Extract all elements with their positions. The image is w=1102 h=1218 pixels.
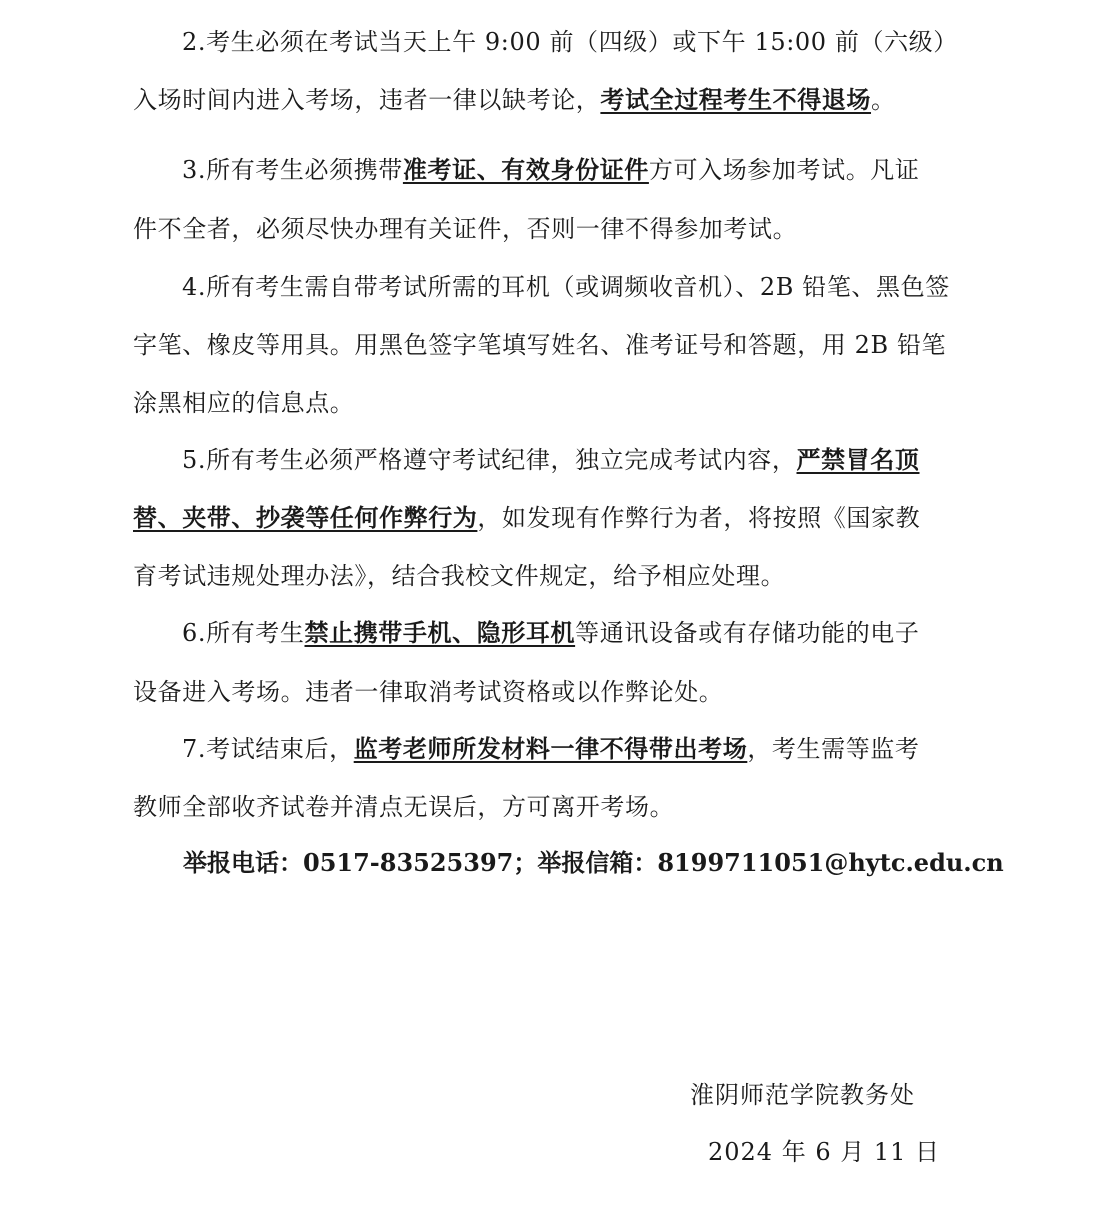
text-segment: 件不全者，必须尽快办理有关证件，否则一律不得参加考试。 [133, 215, 797, 243]
phone-number: 0517-83525397 [303, 848, 513, 877]
text-segment: 涂黑相应的信息点。 [133, 389, 354, 417]
rule-5-line-1: 5.所有考生必须严格遵守考试纪律，独立完成考试内容，严禁冒名顶 [182, 445, 920, 475]
text-segment: 育考试违规处理办法》，结合我校文件规定，给予相应处理。 [133, 562, 785, 590]
emphasis-text: 考试全过程考生不得退场 [600, 85, 871, 114]
rule-3-line-2: 件不全者，必须尽快办理有关证件，否则一律不得参加考试。 [133, 214, 797, 244]
text-segment: 等通讯设备或有存储功能的电子 [575, 619, 919, 647]
emphasis-text: 严禁冒名顶 [797, 445, 920, 474]
emphasis-text: 禁止携带手机、隐形耳机 [305, 618, 576, 647]
text-segment: ，如发现有作弊行为者，将按照《国家教 [477, 504, 920, 532]
rule-7-line-1: 7.考试结束后，监考老师所发材料一律不得带出考场，考生需等监考 [182, 734, 920, 764]
text-segment: 6.所有考生 [182, 619, 305, 647]
emphasis-text: 监考老师所发材料一律不得带出考场 [354, 734, 748, 763]
rule-5-line-2: 替、夹带、抄袭等任何作弊行为，如发现有作弊行为者，将按照《国家教 [133, 503, 920, 533]
rule-4-line-2: 字笔、橡皮等用具。用黑色签字笔填写姓名、准考证号和答题，用 2B 铅笔 [133, 330, 946, 360]
text-segment: 入场时间内进入考场，违者一律以缺考论， [133, 86, 600, 114]
email-address: 8199711051@hytc.edu.cn [657, 848, 1003, 877]
rule-2-line-2: 入场时间内进入考场，违者一律以缺考论，考试全过程考生不得退场。 [133, 85, 896, 115]
text-segment: 字笔、橡皮等用具。用黑色签字笔填写姓名、准考证号和答题，用 2B 铅笔 [133, 331, 946, 359]
text-segment: 2.考生必须在考试当天上午 9:00 前（四级）或下午 15:00 前（六级） [182, 28, 958, 56]
rule-4-line-1: 4.所有考生需自带考试所需的耳机（或调频收音机）、2B 铅笔、黑色签 [182, 272, 950, 302]
email-label: 举报信箱： [537, 848, 657, 877]
rule-7-line-2: 教师全部收齐试卷并清点无误后，方可离开考场。 [133, 792, 674, 822]
text-segment: 3.所有考生必须携带 [182, 156, 403, 184]
text-segment: 7.考试结束后， [182, 735, 354, 763]
issuing-organization: 淮阴师范学院教务处 [690, 1080, 915, 1110]
text-segment: 方可入场参加考试。凡证 [649, 156, 920, 184]
rule-6-line-1: 6.所有考生禁止携带手机、隐形耳机等通讯设备或有存储功能的电子 [182, 618, 920, 648]
text-segment: 设备进入考场。违者一律取消考试资格或以作弊论处。 [133, 678, 723, 706]
rule-6-line-2: 设备进入考场。违者一律取消考试资格或以作弊论处。 [133, 677, 723, 707]
rule-5-line-3: 育考试违规处理办法》，结合我校文件规定，给予相应处理。 [133, 561, 785, 591]
rule-3-line-1: 3.所有考生必须携带准考证、有效身份证件方可入场参加考试。凡证 [182, 155, 920, 185]
issue-date: 2024 年 6 月 11 日 [708, 1137, 940, 1167]
text-segment: 。 [871, 86, 896, 114]
text-segment: 4.所有考生需自带考试所需的耳机（或调频收音机）、2B 铅笔、黑色签 [182, 273, 950, 301]
separator: ； [513, 848, 537, 877]
text-segment: ，考生需等监考 [747, 735, 919, 763]
emphasis-text: 替、夹带、抄袭等任何作弊行为 [133, 503, 477, 532]
rule-2-line-1: 2.考生必须在考试当天上午 9:00 前（四级）或下午 15:00 前（六级） [182, 27, 958, 57]
rule-4-line-3: 涂黑相应的信息点。 [133, 388, 354, 418]
text-segment: 教师全部收齐试卷并清点无误后，方可离开考场。 [133, 793, 674, 821]
text-segment: 5.所有考生必须严格遵守考试纪律，独立完成考试内容， [182, 446, 797, 474]
report-contact: 举报电话：0517-83525397；举报信箱：8199711051@hytc.… [183, 848, 1004, 878]
phone-label: 举报电话： [183, 848, 303, 877]
emphasis-text: 准考证、有效身份证件 [403, 155, 649, 184]
